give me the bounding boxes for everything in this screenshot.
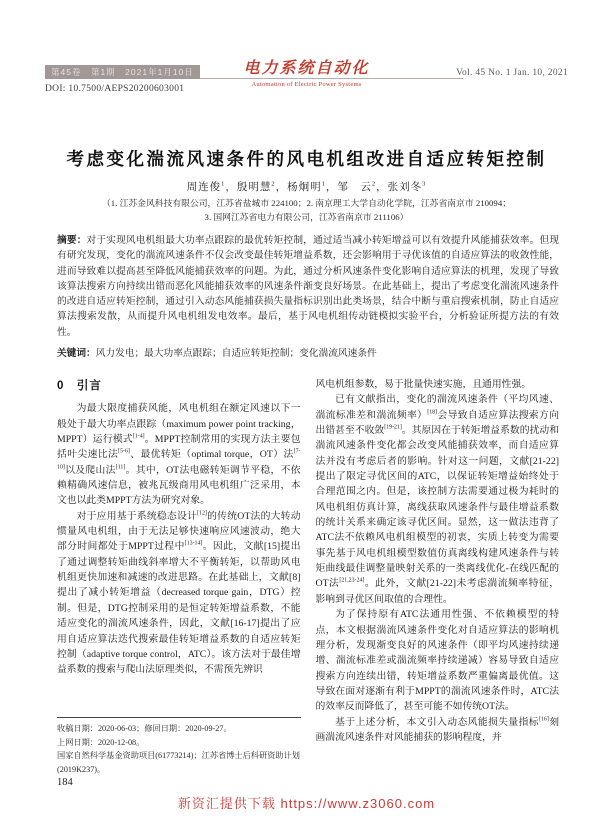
paragraph: 基于上述分析，本文引入动态风能损失量指标[16]刻画湍流风速条件对风能捕获的影响… — [316, 715, 560, 746]
abstract-label: 摘要： — [57, 235, 87, 246]
keywords-block: 关键词：风力发电；最大功率点跟踪；自适应转矩控制；变化湍流风速条件 — [57, 346, 559, 361]
body-columns: 0 引言 为最大限度捕获风能，风电机组在额定风速以下一般处于最大功率点跟踪（ma… — [57, 377, 559, 777]
author-line: 周连俊1，殷明慧2，杨炯明1，邹 云2，张刘冬3 — [0, 179, 613, 194]
journal-name-cn: 电力系统自动化 — [222, 60, 392, 78]
volume-issue-badge: 第45卷 第1期 2021年1月10日 — [45, 65, 200, 79]
paper-title: 考虑变化湍流风速条件的风电机组改进自适应转矩控制 — [20, 146, 593, 171]
journal-name-en: Automation of Electric Power Systems — [222, 81, 392, 89]
keywords-label: 关键词： — [57, 348, 96, 359]
abstract-text: 对于实现风电机组最大功率点跟踪的最优转矩控制，通过适当减小转矩增益可以有效提升风… — [57, 235, 559, 338]
left-column: 0 引言 为最大限度捕获风能，风电机组在额定风速以下一般处于最大功率点跟踪（ma… — [57, 377, 301, 777]
affiliation-line: 3. 国网江苏省电力有限公司，江苏省南京市 211106） — [0, 211, 613, 225]
section-heading-introduction: 0 引言 — [57, 379, 301, 394]
paragraph: 为最大限度捕获风能，风电机组在额定风速以下一般处于最大功率点跟踪（maximum… — [57, 401, 301, 508]
right-column: 风电机组参数，易于批量快速实施，且通用性强。 已有文献指出，变化的湍流风速条件（… — [316, 377, 560, 777]
keywords-text: 风力发电；最大功率点跟踪；自适应转矩控制；变化湍流风速条件 — [96, 348, 377, 359]
abstract-block: 摘要：对于实现风电机组最大功率点跟踪的最优转矩控制，通过适当减小转矩增益可以有效… — [57, 233, 559, 340]
download-watermark: 新资汇提供下载 https://www.z3060.com — [0, 793, 613, 812]
paragraph: 已有文献指出，变化的湍流风速条件（平均风速、湍流标准差和湍流频率）[18]会导致… — [316, 392, 560, 607]
paragraph: 风电机组参数，易于批量快速实施，且通用性强。 — [316, 377, 560, 392]
volume-info-en: Vol. 45 No. 1 Jan. 10, 2021 — [456, 68, 568, 78]
paragraph: 为了保持原有ATC法通用性强、不依赖模型的特点，本文根据湍流风速条件变化对自适应… — [316, 607, 560, 714]
journal-page: 第45卷 第1期 2021年1月10日 DOI: 10.7500/AEPS202… — [0, 0, 613, 825]
footnote-block: 收稿日期：2020-06-03；修回日期：2020-09-27。 上网日期：20… — [57, 717, 301, 777]
footnote-line-funding: 国家自然科学基金资助项目(61773214)；江苏省博士后科研资助计划(2019… — [57, 749, 301, 777]
footnote-line-online: 上网日期：2020-12-08。 — [57, 736, 301, 750]
affiliations: （1. 江苏金风科技有限公司，江苏省盐城市 224100；2. 南京理工大学自动… — [0, 197, 613, 224]
doi-text: DOI: 10.7500/AEPS20200603001 — [45, 84, 184, 94]
affiliation-line: （1. 江苏金风科技有限公司，江苏省盐城市 224100；2. 南京理工大学自动… — [0, 197, 613, 211]
paragraph: 对于应用基于系统稳态设计[12]的传统OT法的大转动惯量风电机组，由于无法足够快… — [57, 509, 301, 678]
journal-logo: 电力系统自动化 Automation of Electric Power Sys… — [222, 60, 392, 89]
footnote-line-received: 收稿日期：2020-06-03；修回日期：2020-09-27。 — [57, 722, 301, 736]
page-number: 184 — [57, 777, 73, 788]
